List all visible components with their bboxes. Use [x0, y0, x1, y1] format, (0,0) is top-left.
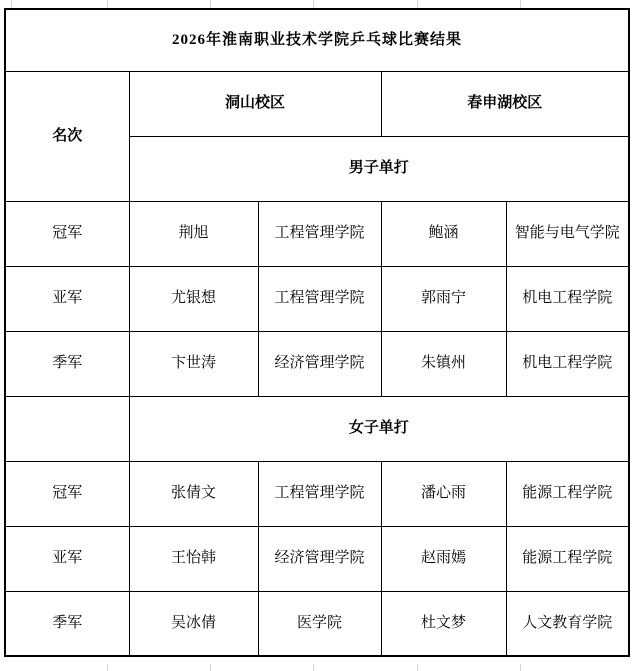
- table-row: 亚军 尤银想 工程管理学院 郭雨宁 机电工程学院: [5, 266, 629, 331]
- rank-cell[interactable]: 亚军: [5, 266, 129, 331]
- competition-results-table: 2026年淮南职业技术学院乒乓球比赛结果 名次 洞山校区 春申湖校区 男子单打 …: [4, 8, 630, 657]
- sheet-gridline: [313, 664, 314, 671]
- sheet-gridline: [417, 664, 418, 671]
- table-row: 亚军 王怡韩 经济管理学院 赵雨嫣 能源工程学院: [5, 526, 629, 591]
- player-name-cell[interactable]: 尤银想: [129, 266, 258, 331]
- sheet-gridline: [313, 0, 314, 8]
- player-name-cell[interactable]: 鲍涵: [381, 201, 506, 266]
- rank-cell[interactable]: 冠军: [5, 201, 129, 266]
- campus2-header[interactable]: 春申湖校区: [381, 71, 629, 136]
- sheet-gridline: [520, 664, 521, 671]
- section-header-mens-singles[interactable]: 男子单打: [129, 136, 629, 201]
- section-header-womens-singles[interactable]: 女子单打: [129, 396, 629, 461]
- college-cell[interactable]: 能源工程学院: [506, 461, 629, 526]
- college-cell[interactable]: 机电工程学院: [506, 266, 629, 331]
- rank-column-header[interactable]: 名次: [5, 71, 129, 201]
- college-cell[interactable]: 医学院: [258, 591, 381, 656]
- college-cell[interactable]: 工程管理学院: [258, 461, 381, 526]
- rank-cell[interactable]: 季军: [5, 331, 129, 396]
- sheet-gridline: [11, 0, 12, 8]
- rank-cell[interactable]: 季军: [5, 591, 129, 656]
- sheet-gridline: [107, 0, 108, 8]
- player-name-cell[interactable]: 潘心雨: [381, 461, 506, 526]
- table-row: 季军 吴冰倩 医学院 杜文梦 人文教育学院: [5, 591, 629, 656]
- college-cell[interactable]: 工程管理学院: [258, 266, 381, 331]
- sheet-gridline: [417, 0, 418, 8]
- college-cell[interactable]: 机电工程学院: [506, 331, 629, 396]
- player-name-cell[interactable]: 朱镇州: [381, 331, 506, 396]
- player-name-cell[interactable]: 赵雨嫣: [381, 526, 506, 591]
- college-cell[interactable]: 人文教育学院: [506, 591, 629, 656]
- campus1-header[interactable]: 洞山校区: [129, 71, 381, 136]
- sheet-gridline: [107, 664, 108, 671]
- college-cell[interactable]: 能源工程学院: [506, 526, 629, 591]
- college-cell[interactable]: 经济管理学院: [258, 331, 381, 396]
- rank-cell[interactable]: 冠军: [5, 461, 129, 526]
- table-row: 冠军 张倩文 工程管理学院 潘心雨 能源工程学院: [5, 461, 629, 526]
- player-name-cell[interactable]: 吴冰倩: [129, 591, 258, 656]
- rank-cell[interactable]: 亚军: [5, 526, 129, 591]
- college-cell[interactable]: 智能与电气学院: [506, 201, 629, 266]
- college-cell[interactable]: 工程管理学院: [258, 201, 381, 266]
- player-name-cell[interactable]: 卞世涛: [129, 331, 258, 396]
- sheet-gridline: [210, 664, 211, 671]
- college-cell[interactable]: 经济管理学院: [258, 526, 381, 591]
- player-name-cell[interactable]: 荆旭: [129, 201, 258, 266]
- sheet-gridline: [520, 0, 521, 8]
- table-title[interactable]: 2026年淮南职业技术学院乒乓球比赛结果: [5, 9, 629, 71]
- player-name-cell[interactable]: 郭雨宁: [381, 266, 506, 331]
- player-name-cell[interactable]: 王怡韩: [129, 526, 258, 591]
- table-row: 季军 卞世涛 经济管理学院 朱镇州 机电工程学院: [5, 331, 629, 396]
- player-name-cell[interactable]: 张倩文: [129, 461, 258, 526]
- sheet-gridline: [210, 0, 211, 8]
- empty-cell[interactable]: [5, 396, 129, 461]
- table-row: 冠军 荆旭 工程管理学院 鲍涵 智能与电气学院: [5, 201, 629, 266]
- player-name-cell[interactable]: 杜文梦: [381, 591, 506, 656]
